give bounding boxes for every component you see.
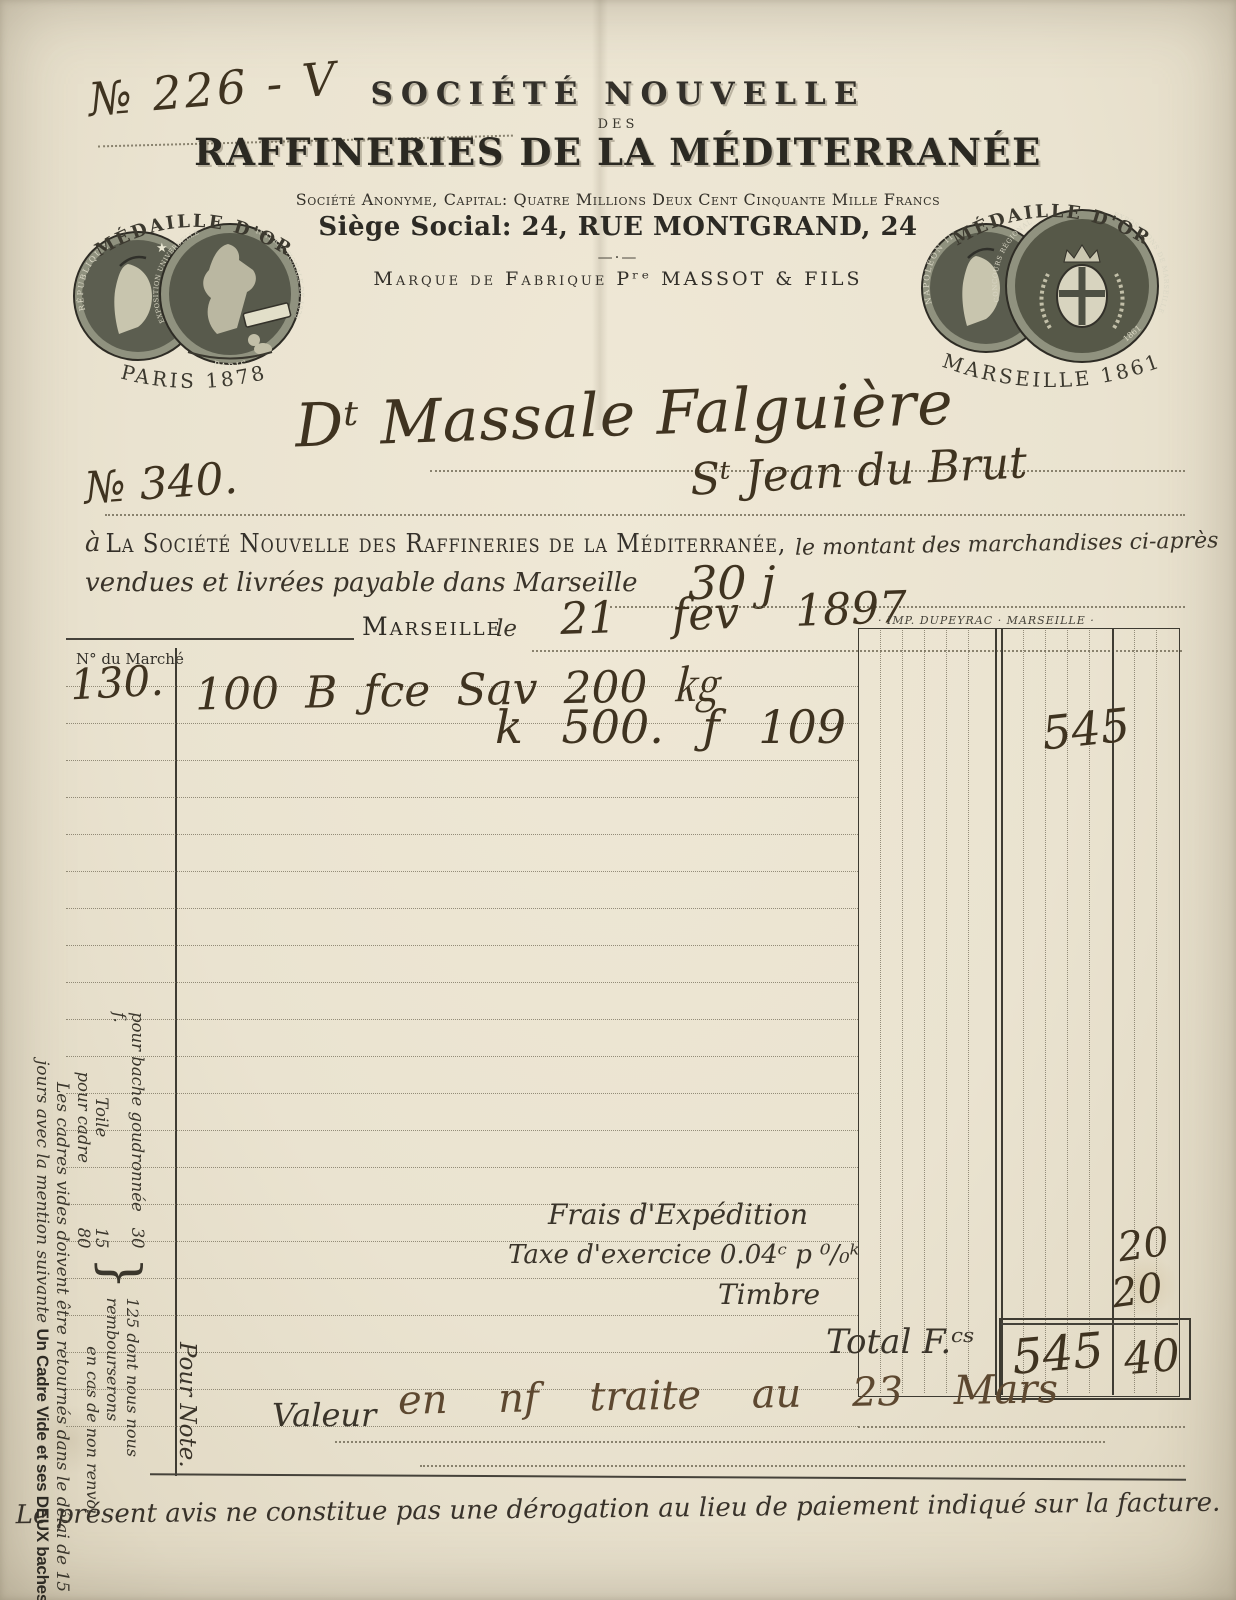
side-price2-value: 15 [92,1223,110,1249]
ruled-line [66,982,858,983]
side-price1-label: pour bache goudronnée f. [110,1012,146,1223]
valeur-label: Valeur [272,1396,376,1434]
side-price-list: pour bache goudronnée f.30 Toile15 pour … [74,1012,146,1249]
total-centimes-handwritten: 40 [1122,1330,1182,1386]
side-return-line2: jours avec la mention suivante [32,1060,52,1323]
ruled-line [66,1130,858,1131]
amount-col-dot [1023,630,1024,1393]
ruled-line [66,834,858,835]
side-return-bold: Un Cadre Vide et ses DEUX baches. [33,1329,52,1600]
market-number-handwritten: 130. [69,656,165,710]
amount-col-dot [946,630,947,1393]
timbre-amount-handwritten: 20 [1109,1265,1166,1318]
ruled-line [66,1019,858,1020]
recipient-place-handwritten: Sᵗ Jean du Brut [689,437,1028,506]
amount-col-dot [880,630,881,1393]
ruled-line [66,797,858,798]
side-price2-label: Toile [92,1012,110,1223]
trademark-line: Marque de Fabrique Pʳᵉ MASSOT & FILS [373,268,862,290]
header-ornament: —·— [598,248,639,266]
ruled-line [66,760,858,761]
body-script1: le montant des marchandises ci-après [795,528,1219,560]
document-number-handwritten: № 226 - V [86,51,341,127]
ruled-line [66,871,858,872]
date-rule [66,638,354,640]
date-handwritten: 21 fev 1897 [559,582,908,645]
side-reimburse-line1: 125 dont nous nous rembourserons [102,1298,142,1568]
timbre-label: Timbre [718,1278,820,1311]
body-line1: à La Société Nouvelle des Raffineries de… [85,528,1219,558]
company-capital: Société Anonyme, Capital: Quatre Million… [296,190,941,209]
ruled-line [66,1315,858,1316]
item-price-handwritten: k 500. ƒ 109 [495,700,846,754]
svg-text:PARIS 1878: PARIS 1878 [119,360,270,393]
brace: } [94,1257,146,1290]
side-note-rotated: pour bache goudronnée f.30 Toile15 pour … [40,1012,146,1568]
ruled-line [66,1093,858,1094]
ruled-extension-2 [420,1465,1185,1467]
ruled-line [66,908,858,909]
body-company-printed: La Société Nouvelle des Raffineries de l… [106,529,787,559]
taxe-amount-handwritten: 20 [1115,1219,1172,1272]
amount-box-double-divider-a [995,628,997,1395]
recipient-place-line [105,514,1185,516]
amount-col-dot [902,630,903,1393]
printer-imprint: · IMP. DUPEYRAC · MARSEILLE · [878,614,1095,627]
pour-note-rotated: Pour Note. [158,1342,200,1492]
bottom-rule [150,1473,1186,1480]
valeur-dotline [335,1441,1105,1443]
amount-col-dot [968,630,969,1393]
frais-expedition-label: Frais d'Expédition [548,1198,808,1231]
company-address: Siège Social: 24, RUE MONTGRAND, 24 [318,212,917,242]
shield-cross-horizontal [1059,290,1105,297]
side-price3-label: pour cadre [74,1012,92,1223]
item-amount-handwritten: 545 [1039,698,1132,761]
body-line2: vendues et livrées payable dans Marseill… [85,568,638,598]
invoice-document: № 226 - V SOCIÉTÉ NOUVELLE DES RAFFINERI… [0,0,1236,1600]
company-name-line1: SOCIÉTÉ NOUVELLE [371,76,866,112]
place-printed: Marseille [362,612,502,641]
side-price1-value: 30 [110,1223,146,1249]
ruled-line [66,1056,858,1057]
ruled-line [66,945,858,946]
side-reimburse-line2: en cas de non renvoi. [82,1298,102,1568]
valeur-handwritten: en nf traite au 23 Mars [398,1366,1059,1424]
side-return-line1: Les cadres vides doivent être retournés … [52,1012,72,1568]
footer-avis: Le présent avis ne constitue pas une dér… [16,1488,1221,1531]
ruled-extension-1 [858,1426,1185,1428]
medallion-paris-1878: ★ RÉPUBLIQUE EXPOSITION UNIVERSELLE INTE… [58,168,330,406]
side-reimburse: 125 dont nous nous rembourserons en cas … [82,1298,146,1568]
body-a: à [85,528,101,558]
ruled-line [66,1167,858,1168]
medallion-marseille-1861: NAPOLÉON III 1861 CONCOURS RÉGIONAL EXPO… [912,156,1188,408]
side-price3-value: 80 [74,1223,92,1249]
amount-col-dot [924,630,925,1393]
medal-left-caption: PARIS 1878 [119,360,270,393]
total-label: Total F.ᶜˢ [826,1322,975,1362]
le-printed: le [496,616,517,642]
taxe-exercice-label: Taxe d'exercice 0.04ᶜ p ⁰/₀ᵏ [508,1240,859,1270]
amount-box-double-divider-b [1001,628,1003,1395]
order-number-handwritten: № 340. [82,453,239,515]
